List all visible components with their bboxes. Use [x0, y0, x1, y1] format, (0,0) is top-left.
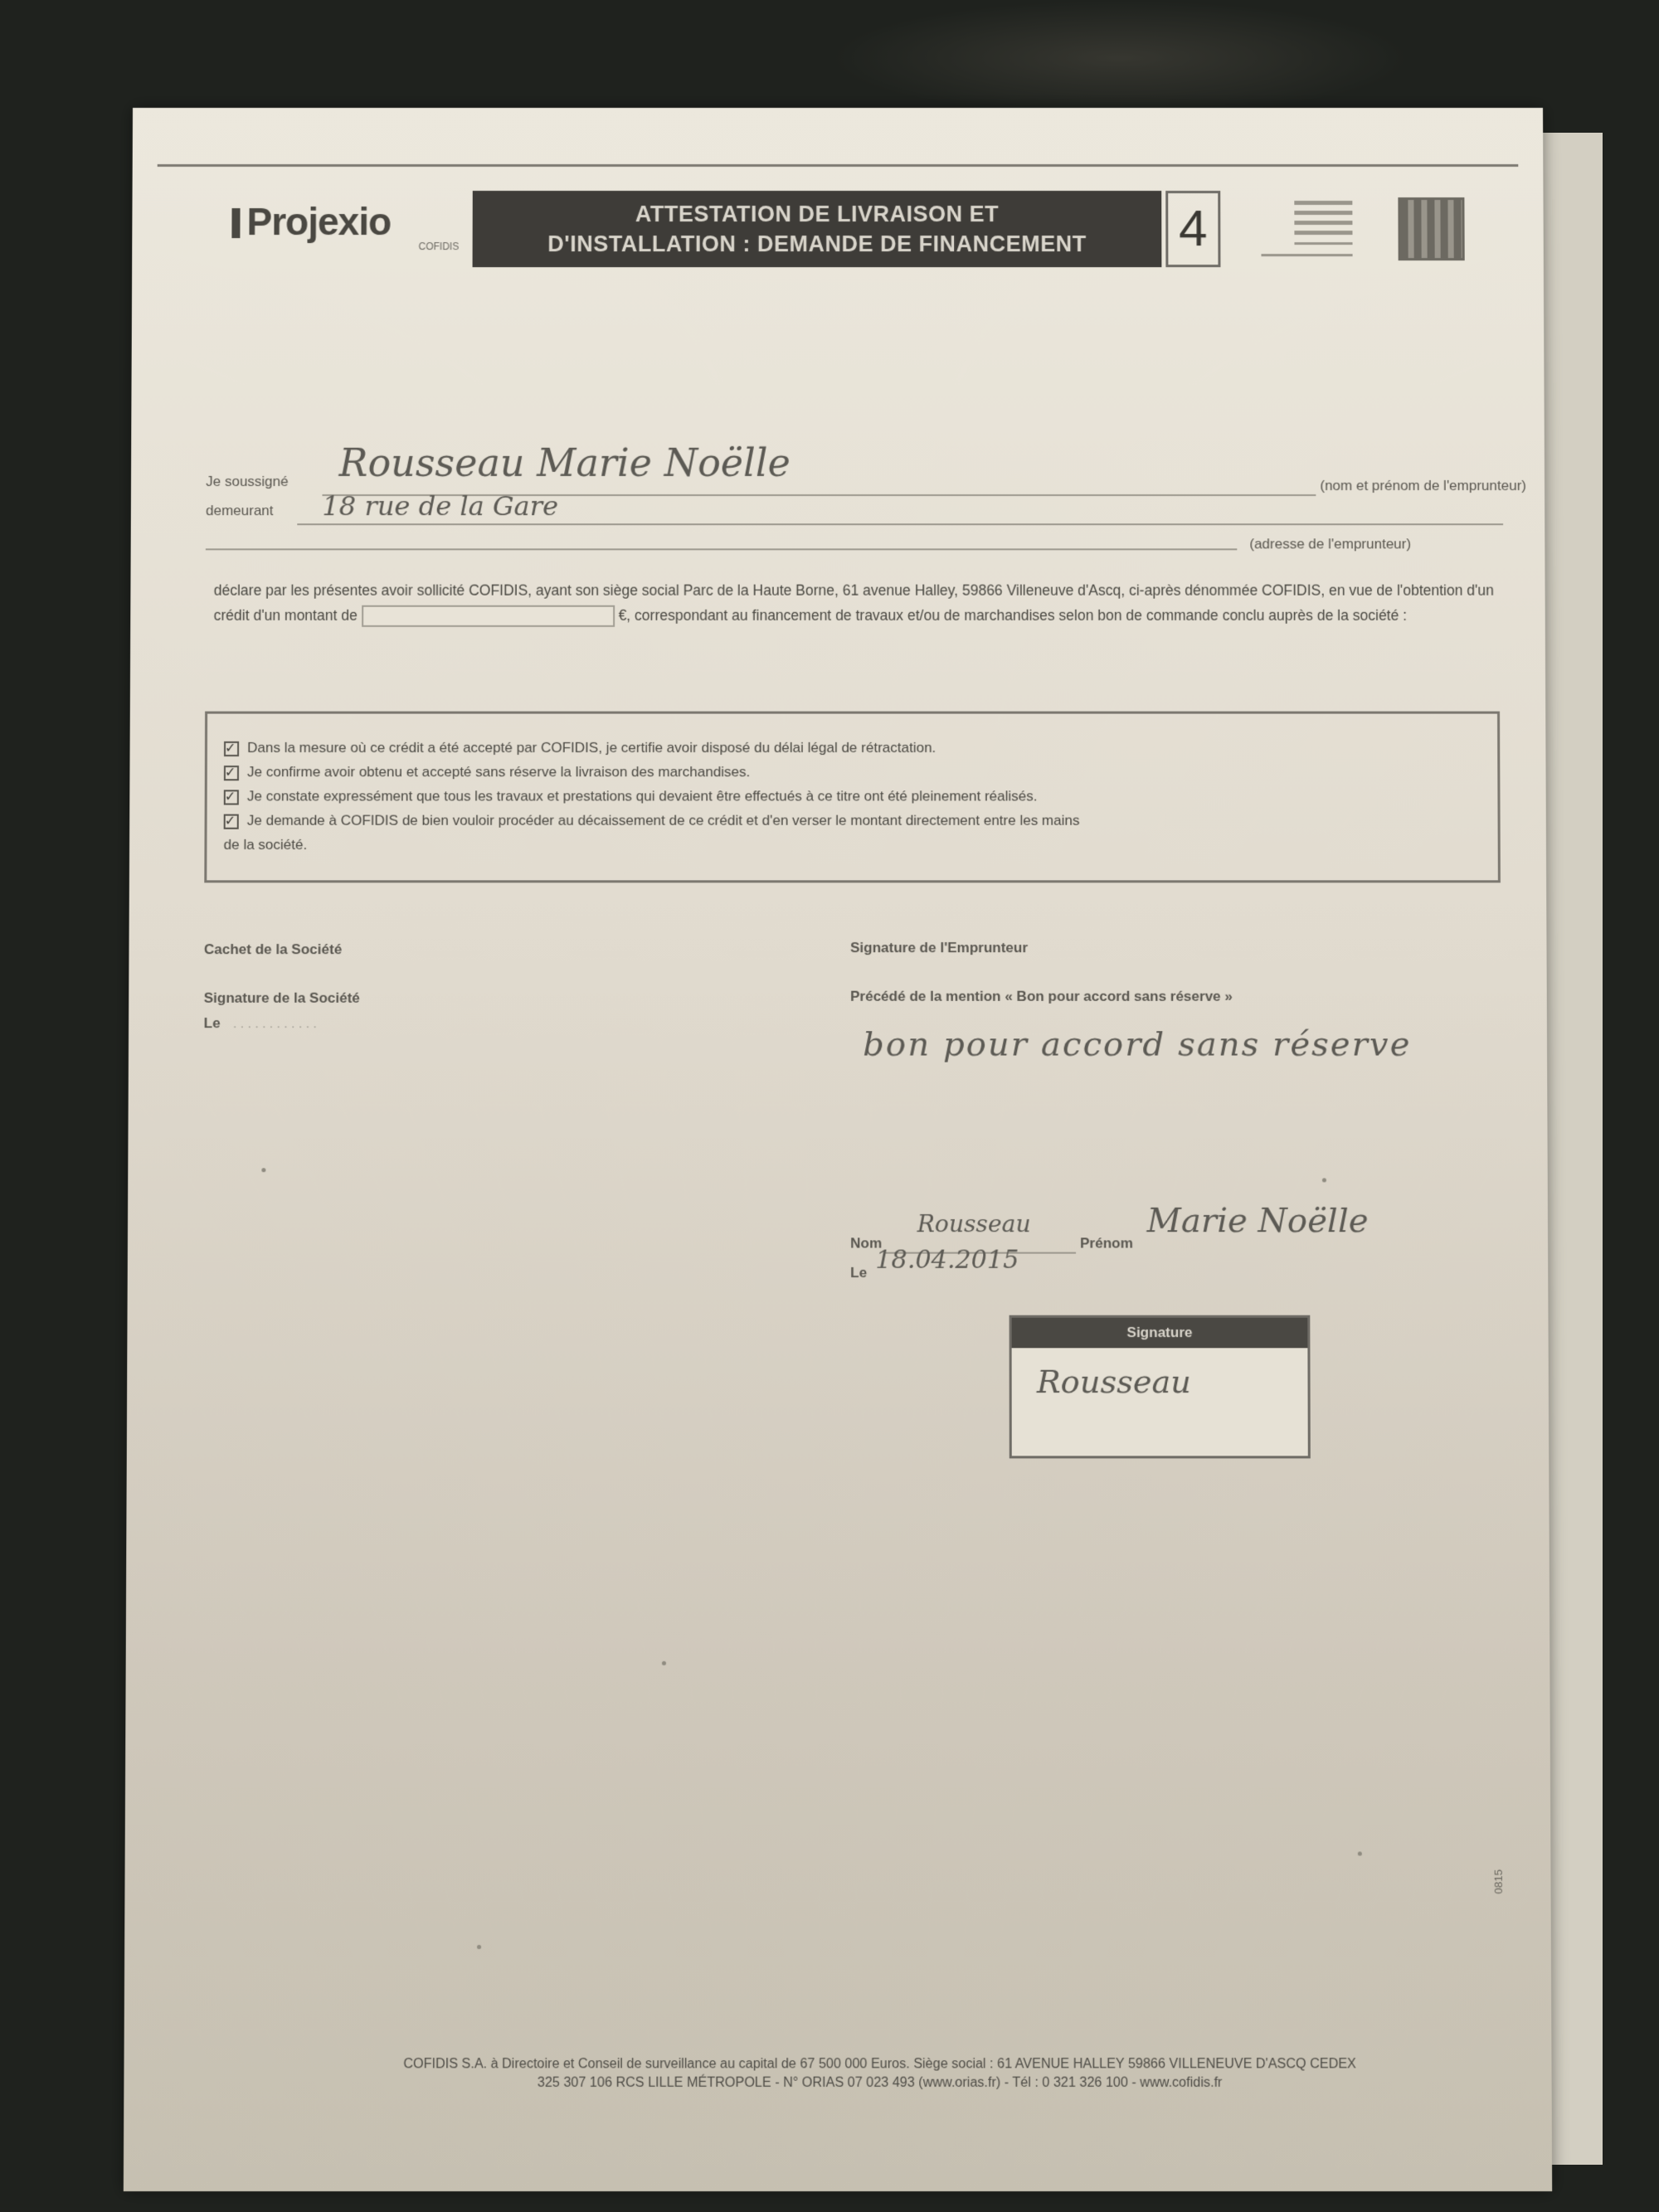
- address-hint: (adresse de l'emprunteur): [1249, 536, 1411, 552]
- brand-logo: Projexio: [231, 199, 391, 244]
- checklist-item[interactable]: Je demande à COFIDIS de bien vouloir pro…: [224, 809, 1481, 833]
- side-reference-code: 0815: [1492, 1869, 1505, 1894]
- ink-dot: [1358, 1851, 1362, 1855]
- declaration-part-3: €, correspondant au financement: [619, 607, 832, 624]
- ink-dot: [1322, 1178, 1326, 1182]
- address-label: demeurant: [206, 503, 274, 519]
- footer-line-2: 325 307 106 RCS LILLE MÉTROPOLE - N° ORI…: [225, 2074, 1535, 2093]
- borrower-date-prefix: Le: [850, 1265, 867, 1281]
- name-hint: (nom et prénom de l'emprunteur): [1320, 478, 1526, 494]
- logo-text: Projexio: [246, 200, 391, 243]
- barcode-icon: [1261, 197, 1369, 264]
- checklist-text: Je demande à COFIDIS de bien vouloir pro…: [247, 809, 1080, 833]
- declaration-part-1: déclare par les présentes avoir sollicit…: [214, 582, 1126, 599]
- ink-dot: [662, 1661, 666, 1665]
- signature-box-title: Signature: [1012, 1318, 1308, 1349]
- signature-box: Signature Rousseau: [1010, 1315, 1311, 1459]
- ink-dot: [261, 1168, 265, 1172]
- footer-line-1: COFIDIS S.A. à Directoire et Conseil de …: [225, 2055, 1535, 2074]
- legal-footer: COFIDIS S.A. à Directoire et Conseil de …: [225, 2055, 1535, 2093]
- declaration-part-4: de travaux et/ou de marchandises selon b…: [835, 607, 1407, 624]
- checklist-continuation: de la société.: [224, 833, 1481, 857]
- name-label: Je soussigné: [206, 474, 289, 490]
- borrower-address-field[interactable]: 18 rue de la Gare: [322, 490, 558, 522]
- checklist-item[interactable]: Je confirme avoir obtenu et accepté sans…: [224, 760, 1481, 784]
- document-title: ATTESTATION DE LIVRAISON ET D'INSTALLATI…: [473, 191, 1162, 267]
- logo-subtext: COFIDIS: [419, 241, 460, 252]
- loan-amount-field[interactable]: [362, 605, 615, 627]
- company-date-prefix: Le: [204, 1015, 221, 1032]
- checklist-text: Dans la mesure où ce crédit a été accept…: [247, 736, 936, 760]
- checkbox-checked-icon[interactable]: [224, 814, 239, 829]
- logo-bar-icon: [231, 208, 240, 238]
- mention-label: Précédé de la mention « Bon pour accord …: [850, 989, 1233, 1005]
- address-line-2: [206, 548, 1237, 550]
- title-line-1: ATTESTATION DE LIVRAISON ET: [473, 199, 1162, 229]
- confirmation-checklist: Dans la mesure où ce crédit a été accept…: [204, 712, 1501, 883]
- qr-code-icon: [1398, 197, 1464, 260]
- checklist-item[interactable]: Je constate expressément que tous les tr…: [224, 784, 1481, 808]
- firstname-label: Prénom: [1080, 1235, 1133, 1252]
- address-line: [297, 523, 1503, 525]
- checklist-text: Je constate expressément que tous les tr…: [247, 784, 1038, 808]
- checklist-text: Je confirme avoir obtenu et accepté sans…: [247, 760, 750, 784]
- firstname-field[interactable]: Marie Noëlle: [1147, 1202, 1369, 1241]
- ink-dot: [477, 1945, 481, 1949]
- desk-background: [829, 0, 1410, 116]
- borrower-date-field[interactable]: 18.04.2015: [875, 1245, 1019, 1275]
- checkbox-checked-icon[interactable]: [224, 790, 239, 805]
- title-line-2: D'INSTALLATION : DEMANDE DE FINANCEMENT: [473, 229, 1162, 259]
- company-stamp-label: Cachet de la Société: [204, 941, 342, 958]
- document-page: Projexio COFIDIS ATTESTATION DE LIVRAISO…: [124, 108, 1552, 2191]
- signature-field[interactable]: Rousseau: [1012, 1348, 1308, 1400]
- declaration-text: déclare par les présentes avoir sollicit…: [214, 578, 1504, 628]
- borrower-name-field[interactable]: Rousseau Marie Noëlle: [339, 440, 791, 485]
- step-number: 4: [1165, 191, 1220, 267]
- company-date-field[interactable]: ............: [233, 1015, 320, 1032]
- top-rule: [158, 164, 1519, 167]
- checkbox-checked-icon[interactable]: [224, 741, 239, 756]
- handwritten-mention-field[interactable]: bon pour accord sans réserve: [863, 1025, 1411, 1064]
- checkbox-checked-icon[interactable]: [224, 766, 239, 780]
- company-signature-label: Signature de la Société: [204, 990, 360, 1007]
- lastname-field[interactable]: Rousseau: [917, 1210, 1031, 1237]
- borrower-signature-label: Signature de l'Emprunteur: [850, 940, 1028, 956]
- checklist-item[interactable]: Dans la mesure où ce crédit a été accept…: [224, 736, 1481, 760]
